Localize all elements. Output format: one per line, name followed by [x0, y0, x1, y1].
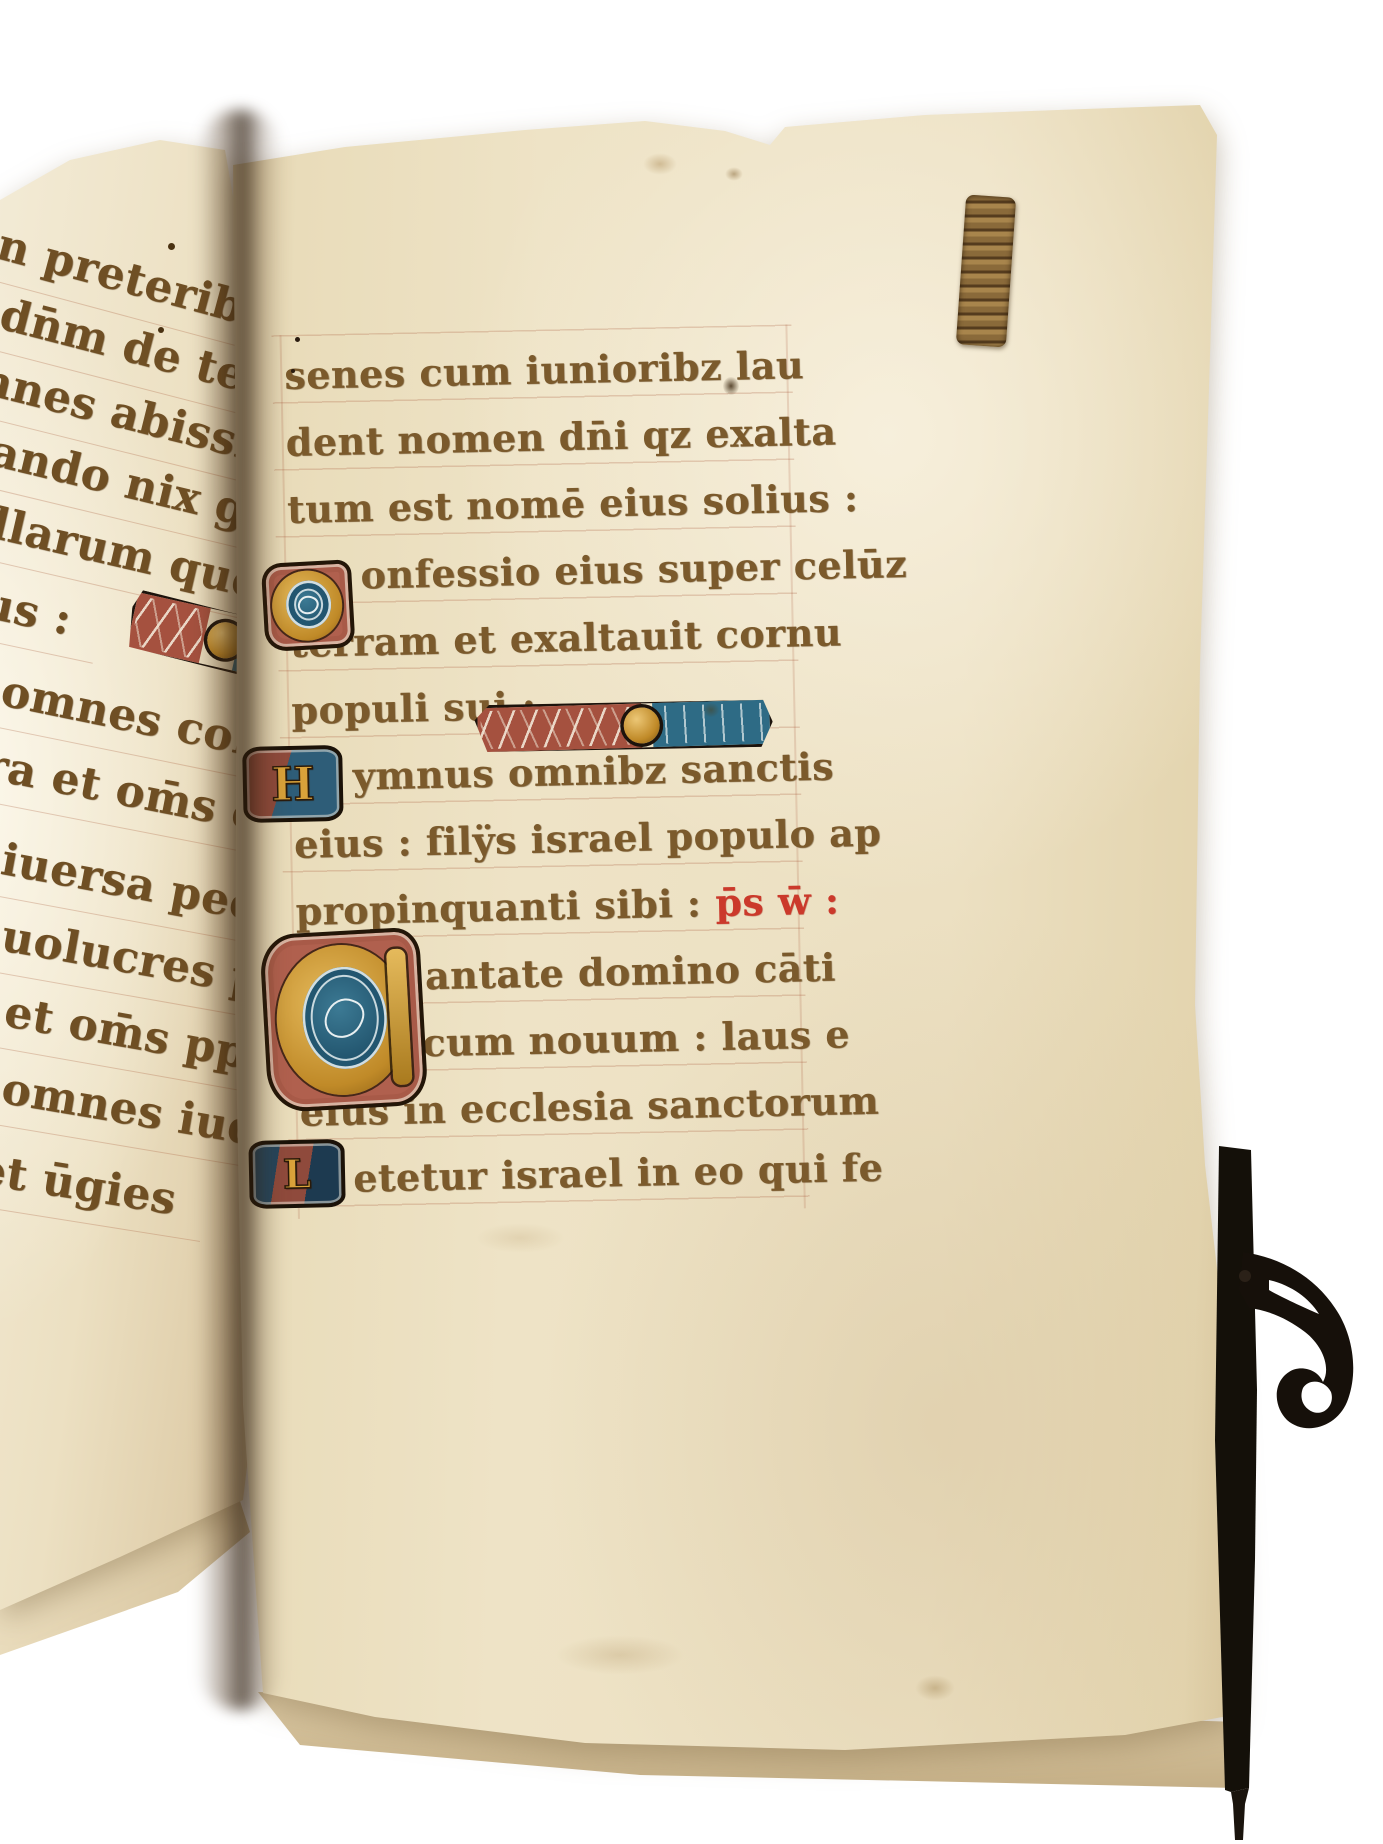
rubric-text: p̄s w̄ : — [715, 878, 840, 926]
line-text: tum est nomē eius solius : — [287, 475, 859, 532]
manuscript-line: tum est nomē eius solius : — [286, 464, 859, 543]
line-filler-ornament — [474, 697, 773, 756]
line-text: eius : — [0, 567, 76, 645]
clasp-strap — [1215, 1146, 1257, 1792]
line-text: propinquanti sibi : — [295, 880, 702, 933]
filler-red-segment — [477, 703, 642, 752]
illuminated-initial-c-cantate — [259, 927, 429, 1114]
line-text: antate domino cāti — [424, 945, 836, 999]
gutter-shadow — [198, 110, 282, 1710]
clasp-strap-tail — [1231, 1788, 1249, 1840]
line-text: etetur israel in eo qui fe — [353, 1145, 884, 1201]
line-text: cum nouum : laus e — [422, 1011, 850, 1065]
line-text: terram et exaltauit cornu — [289, 609, 842, 666]
manuscript-line: eius : filÿs israel populo ap — [293, 799, 881, 878]
manuscript-line: dent nomen dn̄i qz exalta — [285, 397, 837, 476]
filler-blue-segment — [652, 700, 770, 747]
line-text: onfessio eius super celūz — [360, 541, 907, 597]
line-text: eius : filÿs israel populo ap — [294, 810, 882, 867]
manuscript-line: antate domino cāti — [424, 934, 836, 1010]
initial-letter: L — [283, 1150, 312, 1198]
line-text: senes cum iunioribz lau — [284, 342, 805, 398]
manuscript-line: onfessio eius super celūz — [360, 530, 908, 608]
manuscript-photo: non preteribitte dn̄m de terraomnes abis… — [0, 0, 1383, 1844]
clasp-hardware — [1185, 1140, 1383, 1844]
binding-edge-strip — [956, 194, 1016, 347]
clasp-rivet — [1239, 1270, 1251, 1282]
manuscript-line: terram et exaltauit cornu — [289, 598, 842, 677]
right-text-block: senes cum iunioribz laudent nomen dn̄i q… — [219, 90, 1273, 1761]
line-text: dent nomen dn̄i qz exalta — [285, 408, 837, 465]
right-page: senes cum iunioribz laudent nomen dn̄i q… — [225, 105, 1245, 1755]
manuscript-line: cum nouum : laus e — [422, 1000, 851, 1076]
line-text: ymnus omnibz sanctis — [352, 744, 834, 799]
manuscript-line: etetur israel in eo qui fe — [352, 1134, 883, 1212]
right-text-lines: senes cum iunioribz laudent nomen dn̄i q… — [219, 90, 1273, 1761]
manuscript-line: senes cum iunioribz lau — [284, 331, 805, 409]
